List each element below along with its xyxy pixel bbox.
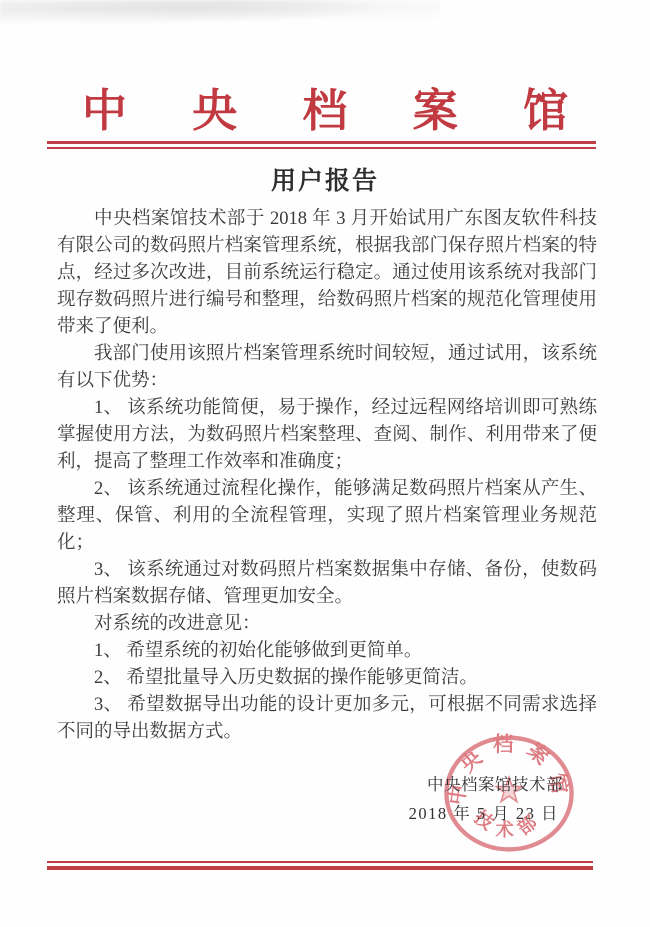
body-paragraph: 3、 希望数据导出功能的设计更加多元，可根据不同需求选择不同的导出数据方式。 <box>57 692 597 746</box>
body-paragraph: 我部门使用该照片档案管理系统时间较短，通过试用，该系统有以下优势： <box>57 341 597 395</box>
body-paragraph: 2、 希望批量导入历史数据的操作能够更简洁。 <box>57 665 597 692</box>
document-title: 用户报告 <box>0 161 650 197</box>
document-body: 中央档案馆技术部于 2018 年 3 月开始试用广东图友软件科技有限公司的数码照… <box>57 206 597 746</box>
body-paragraph: 1、 该系统功能简便，易于操作，经过远程网络培训即可熟练掌握使用方法，为数码照片… <box>57 395 597 476</box>
body-paragraph: 对系统的改进意见： <box>57 611 597 638</box>
official-seal-stamp: 中央档案馆 技术部 <box>436 730 582 860</box>
signature-org: 中央档案馆技术部 <box>427 771 563 795</box>
scan-noise-artifact <box>0 0 440 28</box>
letterhead-double-rule <box>47 141 596 149</box>
body-paragraph: 3、 该系统通过对数码照片档案数据集中存储、备份，使数码照片档案数据存储、管理更… <box>57 557 597 611</box>
body-paragraph: 中央档案馆技术部于 2018 年 3 月开始试用广东图友软件科技有限公司的数码照… <box>57 206 597 341</box>
body-paragraph: 1、 希望系统的初始化能够做到更简单。 <box>57 638 597 665</box>
letterhead-org-name: 中央档案馆 <box>0 74 650 139</box>
document-page: 中央档案馆 用户报告 中央档案馆技术部于 2018 年 3 月开始试用广东图友软… <box>0 0 650 927</box>
signature-date: 2018 年 5 月 23 日 <box>409 800 559 824</box>
footer-double-rule <box>47 861 593 870</box>
body-paragraph: 2、 该系统通过流程化操作，能够满足数码照片档案从产生、整理、保管、利用的全流程… <box>57 476 597 557</box>
